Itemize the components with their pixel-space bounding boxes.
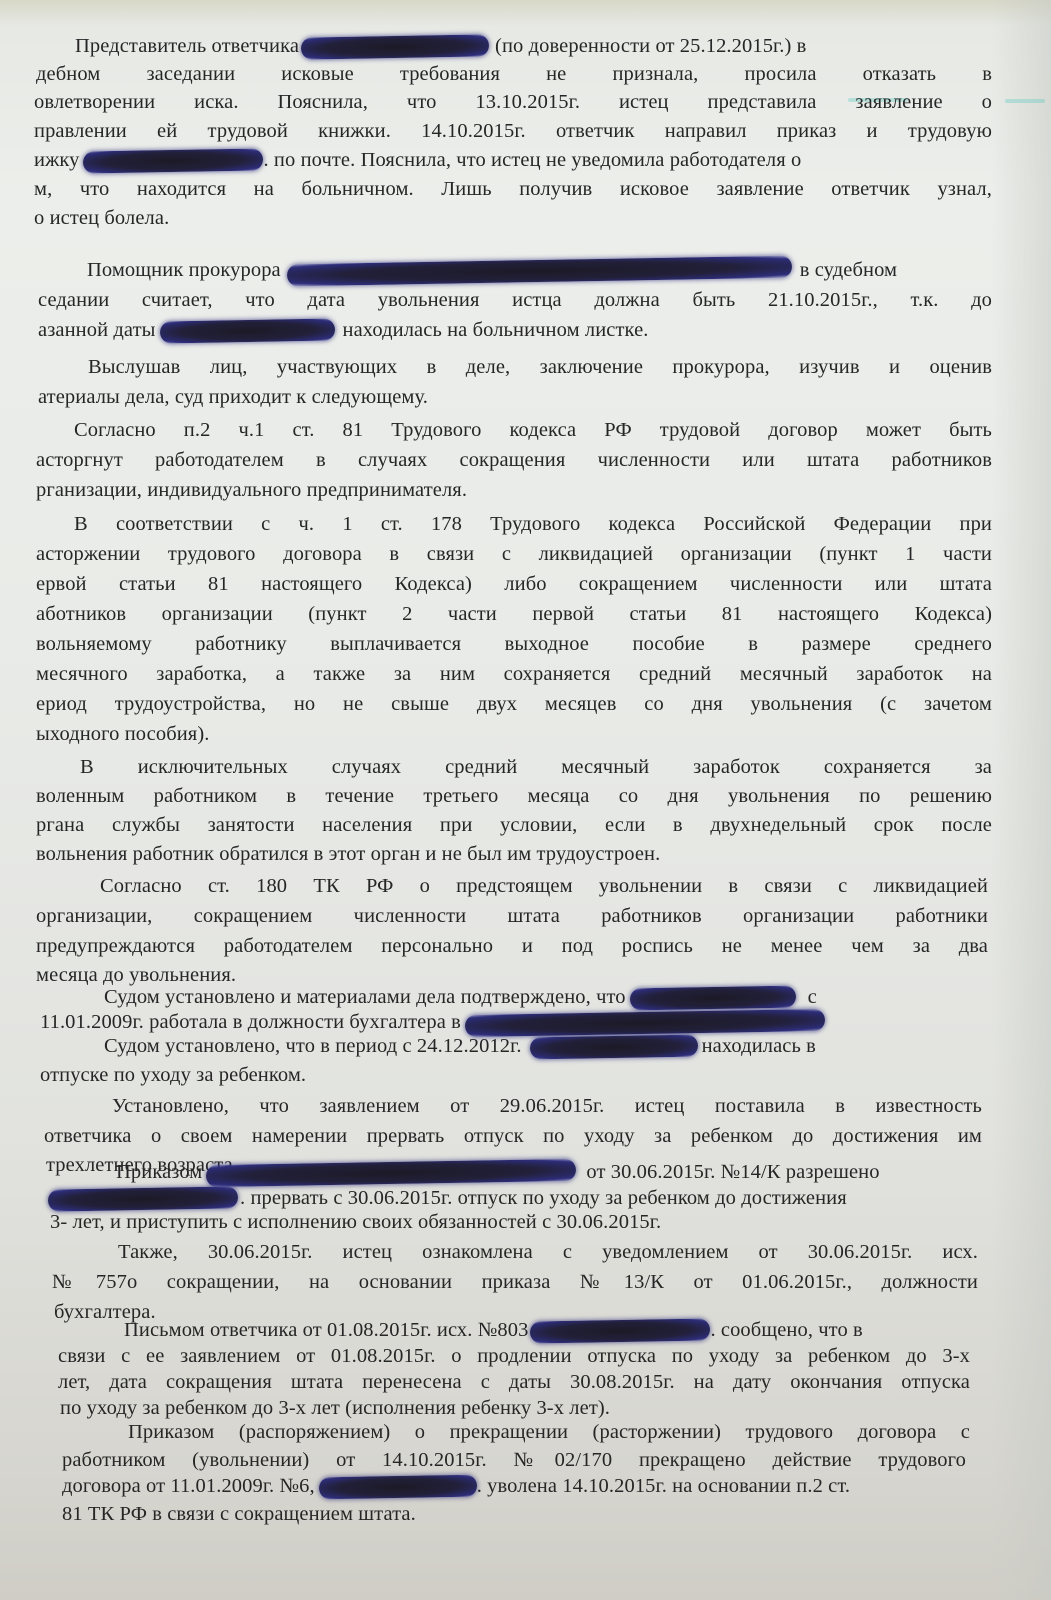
line-text: с [808, 986, 817, 1008]
line-text: предупреждаются работодателем персональн… [36, 935, 988, 957]
text-line: азанной датынаходилась на больничном лис… [38, 318, 649, 342]
text-line: седании считает, что дата увольнения ист… [38, 288, 992, 314]
text-line: Выслушав лиц, участвующих в деле, заключ… [88, 355, 992, 381]
line-text: отпуске по уходу за ребенком. [40, 1064, 306, 1086]
line-text: . по почте. Пояснила, что истец не уведо… [263, 149, 801, 171]
text-line: Приказом (распоряжением) о прекращении (… [128, 1420, 970, 1446]
text-line: ыходного пособия). [36, 722, 210, 746]
text-line: Приказомот 30.06.2015г. №14/К разрешено [116, 1160, 880, 1184]
text-line: отпуске по уходу за ребенком. [40, 1063, 306, 1087]
line-text: Помощник прокурора [87, 259, 281, 281]
text-line: аботников организации (пункт 2 части пер… [36, 602, 992, 628]
text-line: дебном заседании исковые требования не п… [36, 62, 992, 88]
text-line: вольняемому работнику выплачивается выхо… [36, 632, 992, 658]
text-line: Судом установлено, что в период с 24.12.… [104, 1034, 816, 1058]
line-text: м, что находится на больничном. Лишь пол… [34, 178, 992, 200]
redaction-mark [48, 1187, 238, 1212]
line-text: вольнения работник обратился в этот орга… [36, 843, 660, 865]
text-line: ргана службы занятости населения при усл… [36, 813, 992, 839]
text-line: ериод трудоустройства, но не свыше двух … [36, 692, 992, 718]
line-text: Также, 30.06.2015г. истец ознакомлена с … [118, 1241, 978, 1263]
redaction-mark [530, 1319, 710, 1344]
line-text: Выслушав лиц, участвующих в деле, заключ… [88, 356, 992, 378]
document-page: Представитель ответчика(по доверенности … [0, 0, 1051, 1600]
line-text: азанной даты [38, 319, 156, 341]
redaction-mark [319, 1475, 477, 1500]
text-line: месячного заработка, а также за ним сохр… [36, 662, 992, 688]
line-text: 81 ТК РФ в связи с сокращением штата. [62, 1503, 416, 1525]
line-text: . сообщено, что в [710, 1319, 862, 1341]
line-text: о истец болела. [34, 207, 169, 229]
line-text: находилась в [702, 1035, 816, 1057]
text-line: Представитель ответчика(по доверенности … [75, 34, 806, 58]
text-line: ижку. по почте. Пояснила, что истец не у… [34, 148, 801, 172]
text-line: работником (увольнении) от 14.10.2015г. … [62, 1448, 966, 1474]
text-line: Судом установлено и материалами дела под… [104, 985, 817, 1009]
line-text: Судом установлено и материалами дела под… [104, 986, 626, 1008]
line-text: ервой статьи 81 настоящего Кодекса) либо… [36, 573, 992, 595]
line-text: В исключительных случаях средний месячны… [80, 756, 992, 778]
line-text: В соответствии с ч. 1 ст. 178 Трудового … [74, 513, 992, 535]
line-text: договора от 11.01.2009г. №6, [62, 1475, 315, 1497]
line-text: . уволена 14.10.2015г. на основании п.2 … [477, 1475, 850, 1497]
text-line: В исключительных случаях средний месячны… [80, 755, 992, 781]
text-line: связи с ее заявлением от 01.08.2015г. о … [58, 1344, 970, 1370]
line-text: в судебном [800, 259, 897, 281]
line-text: . прервать с 30.06.2015г. отпуск по уход… [240, 1187, 847, 1209]
text-line: асторжении трудового договора в связи с … [36, 542, 992, 568]
line-text: месячного заработка, а также за ним сохр… [36, 663, 992, 685]
text-line: лет, дата сокращения штата перенесена с … [58, 1370, 970, 1396]
text-line: Согласно ст. 180 ТК РФ о предстоящем уво… [100, 874, 988, 900]
line-text: Установлено, что заявлением от 29.06.201… [112, 1095, 982, 1117]
text-line: вольнения работник обратился в этот орга… [36, 842, 660, 866]
line-text: Судом установлено, что в период с 24.12.… [104, 1035, 522, 1057]
line-text: атериалы дела, суд приходит к следующему… [38, 386, 428, 408]
text-line: Также, 30.06.2015г. истец ознакомлена с … [118, 1240, 978, 1266]
line-text: 3- лет, и приступить с исполнению своих … [50, 1211, 661, 1233]
text-line: 81 ТК РФ в связи с сокращением штата. [62, 1502, 416, 1526]
line-text: Приказом [116, 1161, 202, 1183]
line-text: от 30.06.2015г. №14/К разрешено [586, 1161, 879, 1183]
text-line: овлетворении иска. Пояснила, что 13.10.2… [34, 90, 992, 116]
text-line: правлении ей трудовой книжки. 14.10.2015… [34, 119, 992, 145]
text-line: 3- лет, и приступить с исполнению своих … [50, 1210, 661, 1234]
line-text: №757о сокращении, на основании приказа №… [52, 1271, 978, 1293]
line-text: Приказом (распоряжением) о прекращении (… [128, 1421, 970, 1443]
line-text: вольняемому работнику выплачивается выхо… [36, 633, 992, 655]
line-text: Представитель ответчика [75, 35, 299, 57]
redaction-mark [159, 319, 334, 344]
redaction-mark [529, 1035, 697, 1060]
line-text: связи с ее заявлением от 01.08.2015г. о … [58, 1345, 970, 1367]
line-text: лет, дата сокращения штата перенесена с … [58, 1371, 970, 1393]
text-line: рганизации, индивидуального предпринимат… [36, 478, 467, 502]
text-line: м, что находится на больничном. Лишь пол… [34, 177, 992, 203]
right-shadow [991, 0, 1051, 1600]
text-line: асторгнут работодателем в случаях сокращ… [36, 448, 992, 474]
line-text: месяца до увольнения. [36, 964, 236, 986]
line-text: Согласно п.2 ч.1 ст. 81 Трудового кодекс… [74, 419, 992, 441]
text-line: В соответствии с ч. 1 ст. 178 Трудового … [74, 512, 992, 538]
line-text: рганизации, индивидуального предпринимат… [36, 479, 467, 501]
line-text: организации, сокращением численности шта… [36, 905, 988, 927]
line-text: находилась на больничном листке. [343, 319, 649, 341]
redaction-mark [287, 256, 792, 287]
line-text: правлении ей трудовой книжки. 14.10.2015… [34, 120, 992, 142]
line-text: дебном заседании исковые требования не п… [36, 63, 992, 85]
line-text: асторжении трудового договора в связи с … [36, 543, 992, 565]
text-line: атериалы дела, суд приходит к следующему… [38, 385, 428, 409]
text-line: Установлено, что заявлением от 29.06.201… [112, 1094, 982, 1120]
line-text: воленным работником в течение третьего м… [36, 785, 992, 807]
line-text: аботников организации (пункт 2 части пер… [36, 603, 992, 625]
line-text: асторгнут работодателем в случаях сокращ… [36, 449, 992, 471]
text-line: Письмом ответчика от 01.08.2015г. исх. №… [124, 1318, 863, 1342]
line-text: 11.01.2009г. работала в должности бухгал… [40, 1011, 461, 1033]
line-text: работником (увольнении) от 14.10.2015г. … [62, 1449, 966, 1471]
text-line: организации, сокращением численности шта… [36, 904, 988, 930]
redaction-mark [83, 149, 263, 174]
line-text: (по доверенности от 25.12.2015г.) в [495, 35, 806, 57]
line-text: ериод трудоустройства, но не свыше двух … [36, 693, 992, 715]
line-text: овлетворении иска. Пояснила, что 13.10.2… [34, 91, 992, 113]
text-line: договора от 11.01.2009г. №6,. уволена 14… [62, 1474, 850, 1498]
text-line: . прервать с 30.06.2015г. отпуск по уход… [48, 1186, 847, 1210]
text-line: №757о сокращении, на основании приказа №… [52, 1270, 978, 1296]
redaction-mark [629, 986, 795, 1011]
line-text: ыходного пособия). [36, 723, 210, 745]
line-text: Письмом ответчика от 01.08.2015г. исх. №… [124, 1319, 528, 1341]
top-shadow [0, 0, 1051, 26]
text-line: месяца до увольнения. [36, 963, 236, 987]
redaction-mark [301, 35, 489, 60]
text-line: 11.01.2009г. работала в должности бухгал… [40, 1010, 825, 1034]
highlighter-mark [1005, 99, 1045, 103]
line-text: Согласно ст. 180 ТК РФ о предстоящем уво… [100, 875, 988, 897]
line-text: седании считает, что дата увольнения ист… [38, 289, 992, 311]
text-line: Согласно п.2 ч.1 ст. 81 Трудового кодекс… [74, 418, 992, 444]
line-text: по уходу за ребенком до 3-х лет (исполне… [60, 1397, 610, 1419]
text-line: ответчика о своем намерении прервать отп… [44, 1124, 982, 1150]
text-line: ервой статьи 81 настоящего Кодекса) либо… [36, 572, 992, 598]
text-line: по уходу за ребенком до 3-х лет (исполне… [60, 1396, 610, 1420]
line-text: ижку [34, 149, 79, 171]
text-line: воленным работником в течение третьего м… [36, 784, 992, 810]
line-text: ответчика о своем намерении прервать отп… [44, 1125, 982, 1147]
line-text: ргана службы занятости населения при усл… [36, 814, 992, 836]
text-line: о истец болела. [34, 206, 169, 230]
text-line: Помощник прокурорав судебном [87, 258, 897, 282]
redaction-mark [206, 1159, 576, 1187]
text-line: предупреждаются работодателем персональн… [36, 934, 988, 960]
